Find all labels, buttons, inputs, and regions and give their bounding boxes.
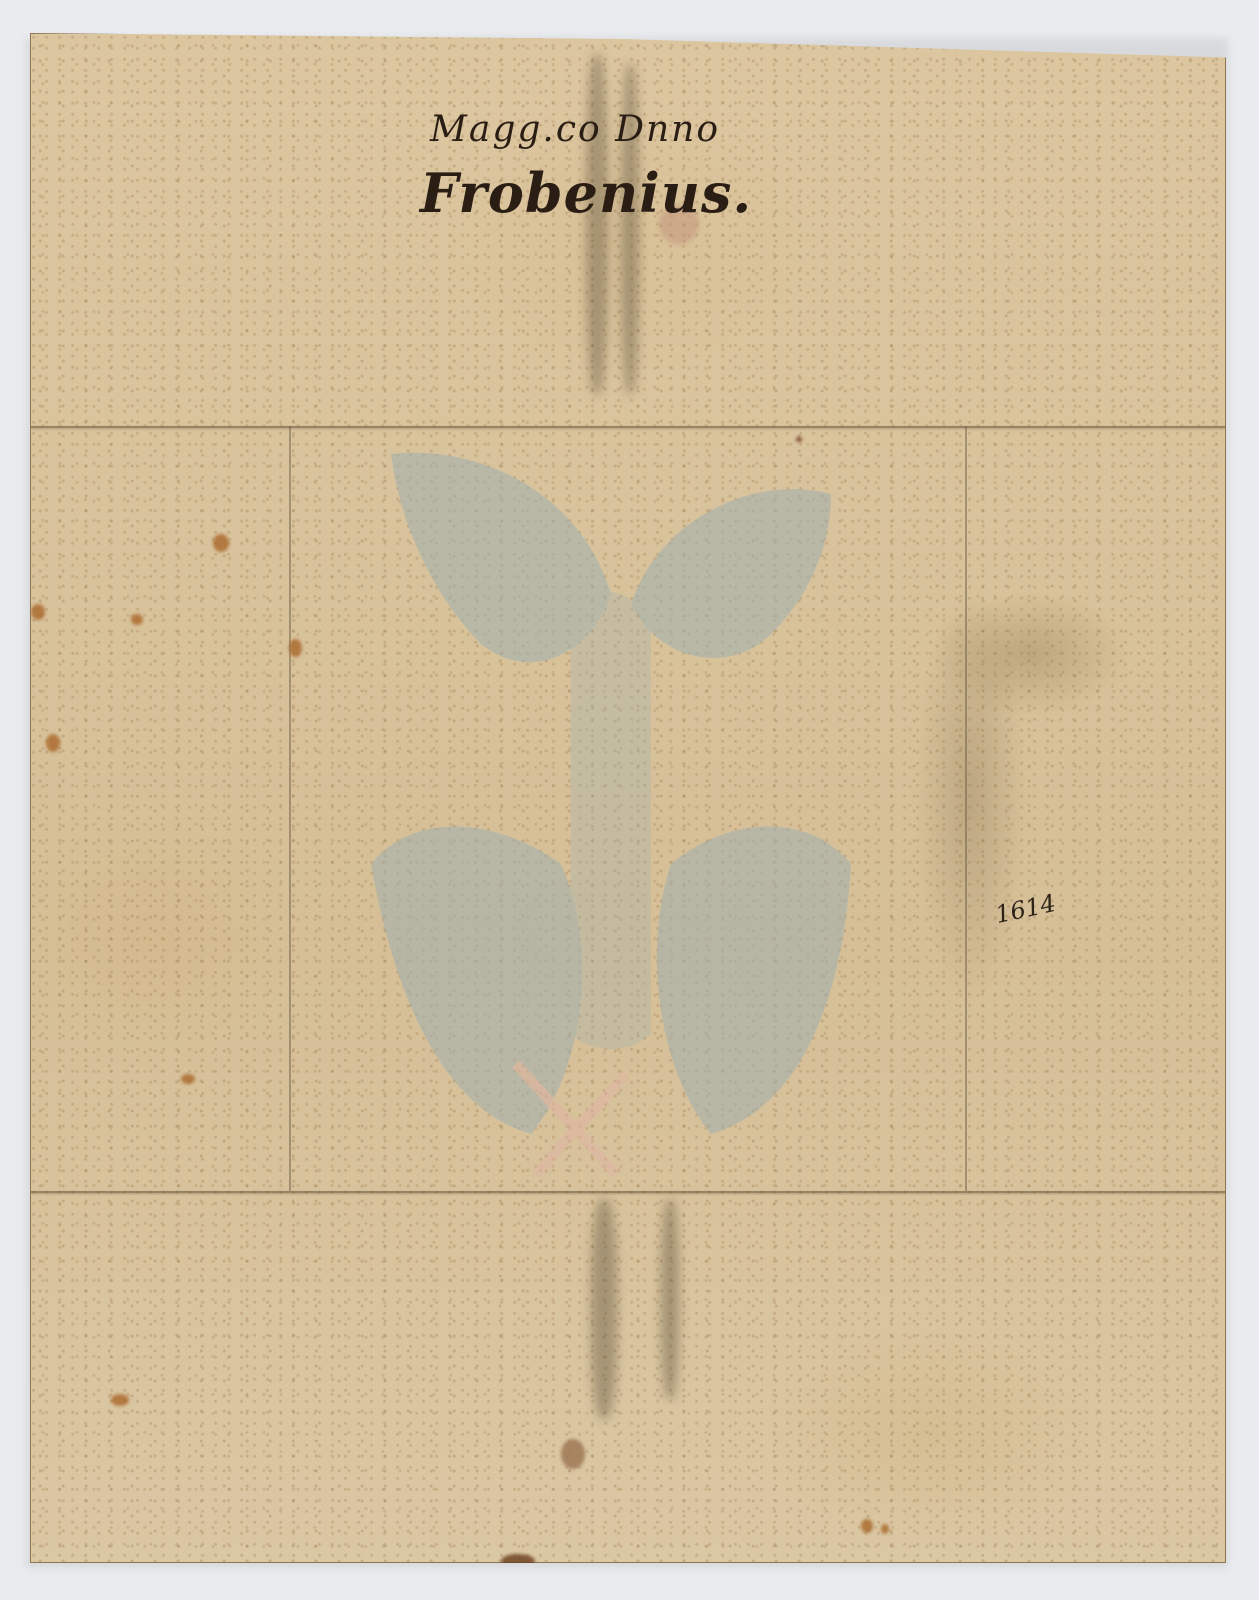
rust-spot [31, 604, 45, 620]
rust-spot [131, 614, 143, 625]
fold-line-right [965, 426, 967, 1191]
address-line-1: Magg.co Dnno [430, 112, 840, 148]
rust-spot [46, 734, 60, 752]
rust-spot [861, 1519, 873, 1533]
address-line-2: Frobenius. [420, 166, 840, 220]
rust-spot [796, 437, 802, 442]
rust-spot [181, 1074, 195, 1084]
rust-spot [289, 639, 302, 657]
ink-bleed-bottom-right [661, 1199, 679, 1399]
ink-bleed-bottom-left [591, 1199, 617, 1419]
seal-eagle-bleed-icon [331, 434, 891, 1194]
fold-line-left [289, 426, 291, 1191]
rust-spot [111, 1394, 129, 1406]
address-inscription: Magg.co Dnno Frobenius. [420, 112, 840, 220]
letter-sheet [30, 33, 1226, 1563]
rust-spot [213, 534, 229, 552]
fold-line-upper [31, 426, 1225, 428]
rust-spot [881, 1524, 889, 1534]
stain-drop [561, 1439, 585, 1469]
